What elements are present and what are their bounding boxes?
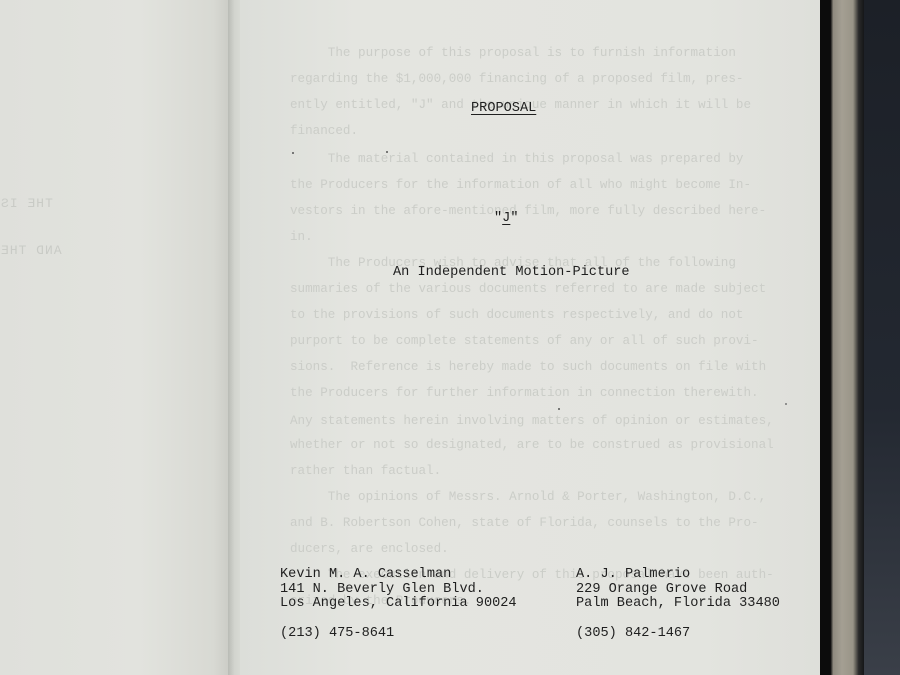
bleed-through-line: purport to be complete statements of any… [290,329,759,354]
left-page: THE IS AND THE [0,0,232,675]
contact-phone: (213) 475-8641 [280,627,517,642]
bleed-through-line: regarding the $1,000,000 financing of a … [290,67,743,92]
paper-speck [785,403,787,405]
contact-city: Los Angeles, California 90024 [280,597,517,612]
bleed-through-line: the Producers for the information of all… [290,173,751,198]
contact-city: Palm Beach, Florida 33480 [576,597,780,612]
contact-street: 229 Orange Grove Road [576,583,780,598]
bleed-through-line: The purpose of this proposal is to furni… [290,41,736,66]
bleed-through-line: The material contained in this proposal … [290,147,743,172]
film-title: "J" [494,211,519,226]
contact-block-casselman: Kevin M. A. Casselman 141 N. Beverly Gle… [280,568,517,641]
film-title-open-quote: " [494,211,502,226]
bleed-through-line: The opinions of Messrs. Arnold & Porter,… [290,485,766,510]
contact-name: A. J. Palmerio [576,568,780,583]
film-subtitle: An Independent Motion-Picture [393,265,630,280]
left-page-ghost-text: AND THE [0,243,62,258]
left-page-ghost-text: THE IS [0,196,53,211]
bleed-through-line: to the provisions of such documents resp… [290,303,743,328]
page-edges [820,0,864,675]
bleed-through-line: ducers, are enclosed. [290,537,449,562]
paper-speck [292,152,294,154]
book-cover [864,0,900,675]
paper-speck [558,408,560,410]
bleed-through-line: the Producers for further information in… [290,381,759,406]
contact-phone: (305) 842-1467 [576,627,780,642]
bleed-through-line: in. [290,225,313,250]
bleed-through-line: financed. [290,119,358,144]
document-heading: PROPOSAL [471,101,536,116]
bleed-through-line: summaries of the various documents refer… [290,277,766,302]
bleed-through-line: rather than factual. [290,459,441,484]
bleed-through-line: sions. Reference is hereby made to such … [290,355,766,380]
contact-name: Kevin M. A. Casselman [280,568,517,583]
film-title-close-quote: " [510,211,518,226]
contact-street: 141 N. Beverly Glen Blvd. [280,583,517,598]
bleed-through-line: Any statements herein involving matters … [290,409,774,434]
paper-speck [386,151,388,153]
bleed-through-line: vestors in the afore-mentioned film, mor… [290,199,766,224]
bleed-through-line: and B. Robertson Cohen, state of Florida… [290,511,759,536]
contact-block-palmerio: A. J. Palmerio 229 Orange Grove Road Pal… [576,568,780,641]
bleed-through-line: whether or not so designated, are to be … [290,433,774,458]
